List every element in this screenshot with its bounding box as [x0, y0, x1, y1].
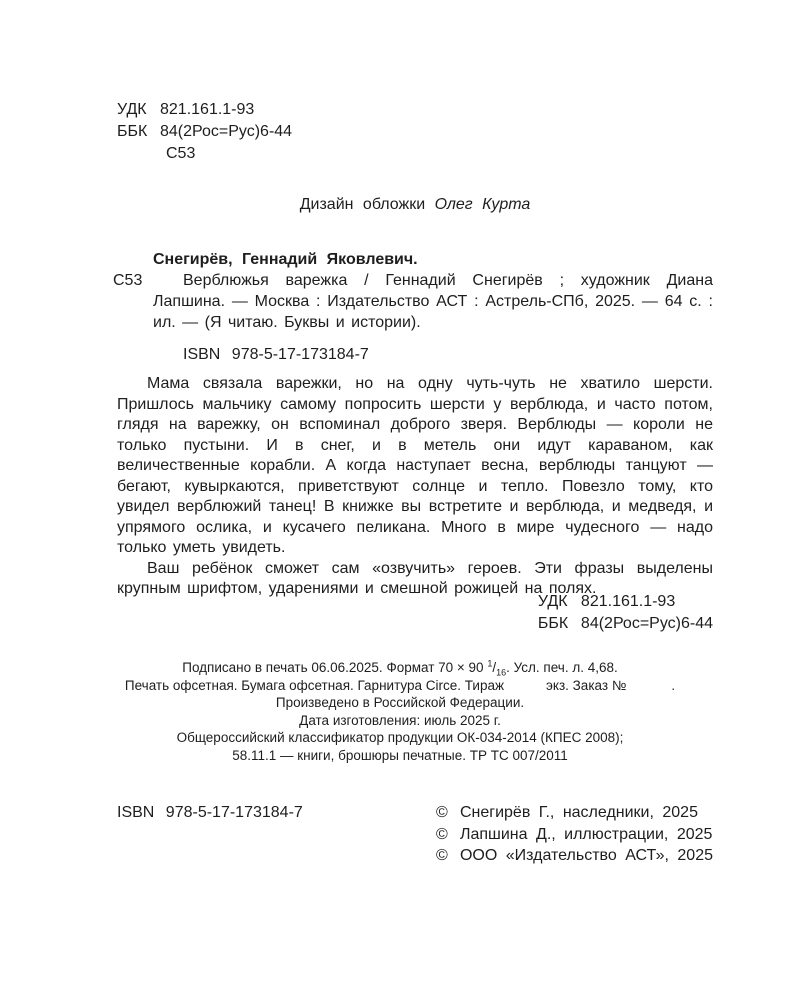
catalog-description: Верблюжья варежка / Геннадий Снегирёв ; … — [153, 270, 713, 333]
footer-isbn-value: 978-5-17-173184-7 — [166, 804, 303, 821]
print-line-classifier: Общероссийский классификатор продукции О… — [0, 729, 800, 747]
annotation-paragraph-1: Мама связала варежки, но на одну чуть-чу… — [117, 374, 713, 559]
fraction-numerator: 1 — [487, 659, 492, 669]
copyright-item: © Лапшина Д., иллюстрации, 2025 — [436, 824, 713, 846]
bbk-value-bottom: 84(2Рос=Рус)6-44 — [581, 613, 713, 635]
cover-designer-line: Дизайн обложки Олег Курта — [117, 196, 713, 214]
print-line-country: Произведено в Российской Федерации. — [0, 694, 800, 712]
top-codes-block: УДК 821.161.1-93 ББК 84(2Рос=Рус)6-44 С5… — [117, 99, 292, 165]
copyright-item: © ООО «Издательство АСТ», 2025 — [436, 845, 713, 867]
isbn-label: ISBN — [183, 346, 220, 363]
print-info-block: Подписано в печать 06.06.2025. Формат 70… — [0, 659, 800, 764]
copyright-text: Лапшина Д., иллюстрации, 2025 — [460, 824, 713, 846]
copyright-symbol: © — [436, 802, 460, 824]
catalog-author-line: Снегирёв, Геннадий Яковлевич. — [117, 249, 713, 270]
footer: ISBN 978-5-17-173184-7 © Снегирёв Г., на… — [117, 802, 713, 867]
bbk-value: 84(2Рос=Рус)6-44 — [160, 121, 292, 143]
print-line-format: Подписано в печать 06.06.2025. Формат 70… — [0, 659, 800, 677]
isbn-value: 978-5-17-173184-7 — [232, 346, 369, 363]
copyright-symbol: © — [436, 845, 460, 867]
print-line-date: Дата изготовления: июль 2025 г. — [0, 712, 800, 730]
cover-designer-name: Олег Курта — [435, 196, 531, 213]
copyright-symbol: © — [436, 824, 460, 846]
print-line-trts: 58.11.1 — книги, брошюры печатные. ТР ТС… — [0, 747, 800, 765]
udk-value-bottom: 821.161.1-93 — [581, 591, 713, 613]
copyright-list: © Снегирёв Г., наследники, 2025 © Лапшин… — [436, 802, 713, 867]
udk-value: 821.161.1-93 — [160, 99, 292, 121]
copyright-text: Снегирёв Г., наследники, 2025 — [460, 802, 713, 824]
footer-isbn-label: ISBN — [117, 804, 154, 821]
catalog-card: Снегирёв, Геннадий Яковлевич. С53 Верблю… — [117, 249, 713, 365]
annotation: Мама связала варежки, но на одну чуть-чу… — [117, 374, 713, 600]
cover-designer-label: Дизайн обложки — [300, 196, 425, 213]
udk-label: УДК — [117, 99, 160, 121]
catalog-code: С53 — [113, 270, 142, 291]
author-code: С53 — [160, 143, 292, 165]
bottom-codes-block: УДК 821.161.1-93 ББК 84(2Рос=Рус)6-44 — [538, 591, 713, 634]
footer-isbn-line: ISBN 978-5-17-173184-7 — [117, 802, 303, 822]
copyright-text: ООО «Издательство АСТ», 2025 — [460, 845, 713, 867]
copyright-item: © Снегирёв Г., наследники, 2025 — [436, 802, 713, 824]
bbk-label-bottom: ББК — [538, 613, 581, 635]
imprint-page: УДК 821.161.1-93 ББК 84(2Рос=Рус)6-44 С5… — [0, 0, 800, 1000]
bbk-label: ББК — [117, 121, 160, 143]
print-line-tirazh: Печать офсетная. Бумага офсетная. Гарнит… — [0, 677, 800, 695]
catalog-body: С53 Верблюжья варежка / Геннадий Снегирё… — [117, 270, 713, 333]
catalog-isbn-line: ISBN 978-5-17-173184-7 — [117, 344, 713, 365]
udk-label-bottom: УДК — [538, 591, 581, 613]
